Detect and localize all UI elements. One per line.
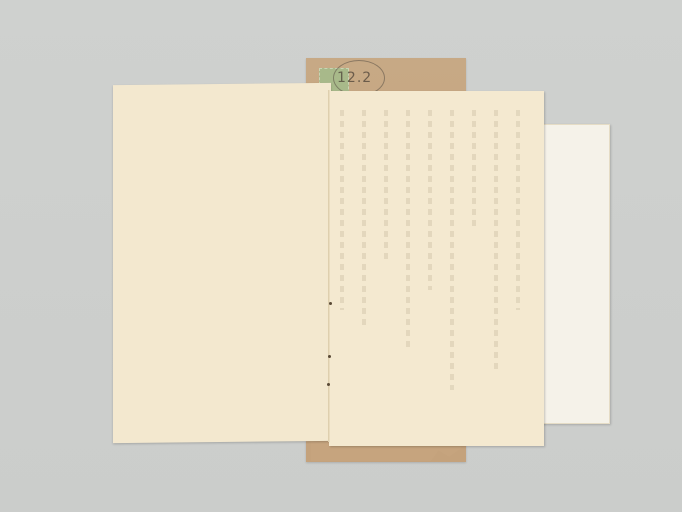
letter-left-panel <box>113 83 331 443</box>
postmark-date: 12.2 <box>337 70 372 86</box>
binding-hole <box>328 355 331 358</box>
binding-hole <box>329 302 332 305</box>
binding-hole <box>327 383 330 386</box>
letter-showthrough-text <box>340 110 520 400</box>
letter-fold-line <box>328 90 330 442</box>
insert-card <box>540 124 610 424</box>
